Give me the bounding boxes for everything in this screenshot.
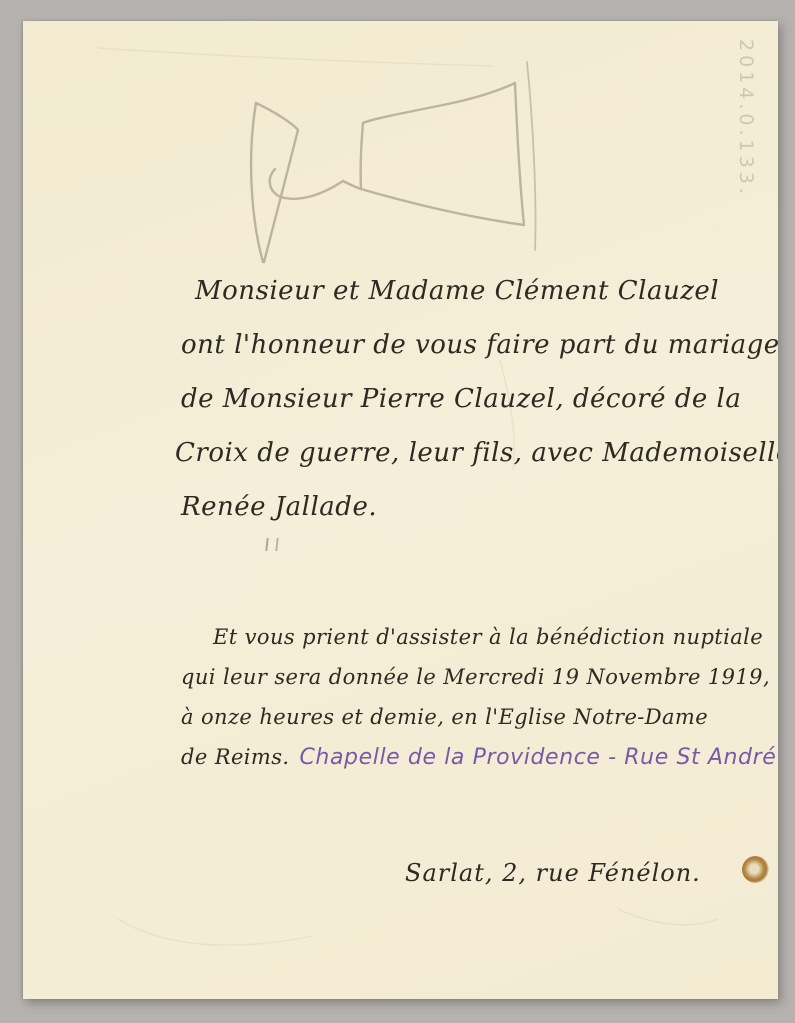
sender-address-line: Sarlat, 2, rue Fénélon. <box>405 859 701 887</box>
pencil-tick-mark <box>265 538 278 551</box>
invitation-line-1: Et vous prient d'assister à la bénédicti… <box>181 617 776 657</box>
announcement-line-4: Croix de guerre, leur fils, avec Mademoi… <box>175 426 778 480</box>
invitation-line-4: de Reims.Chapelle de la Providence - Rue… <box>181 737 776 778</box>
handwritten-location-note: Chapelle de la Providence - Rue St André <box>299 745 776 770</box>
announcement-line-1: Monsieur et Madame Clément Clauzel <box>181 264 778 318</box>
announcement-line-3: de Monsieur Pierre Clauzel, décoré de la <box>181 372 778 426</box>
scanner-background: 2014.0.133. Monsieur et Madame Clément C… <box>0 0 795 1023</box>
invitation-card: 2014.0.133. Monsieur et Madame Clément C… <box>23 21 778 999</box>
invitation-line-2: qui leur sera donnée le Mercredi 19 Nove… <box>181 657 776 697</box>
invitation-block: Et vous prient d'assister à la bénédicti… <box>181 617 776 778</box>
announcement-line-2: ont l'honneur de vous faire part du mari… <box>181 318 778 372</box>
announcement-block: Monsieur et Madame Clément Clauzel ont l… <box>181 264 778 534</box>
announcement-line-5: Renée Jallade. <box>181 480 778 534</box>
invitation-line-3: à onze heures et demie, en l'Eglise Notr… <box>181 697 776 737</box>
printed-location-text: de Reims. <box>181 745 289 769</box>
bell-pencil-sketch <box>251 62 535 262</box>
archival-number: 2014.0.133. <box>735 39 757 279</box>
stain-mark <box>742 856 769 883</box>
